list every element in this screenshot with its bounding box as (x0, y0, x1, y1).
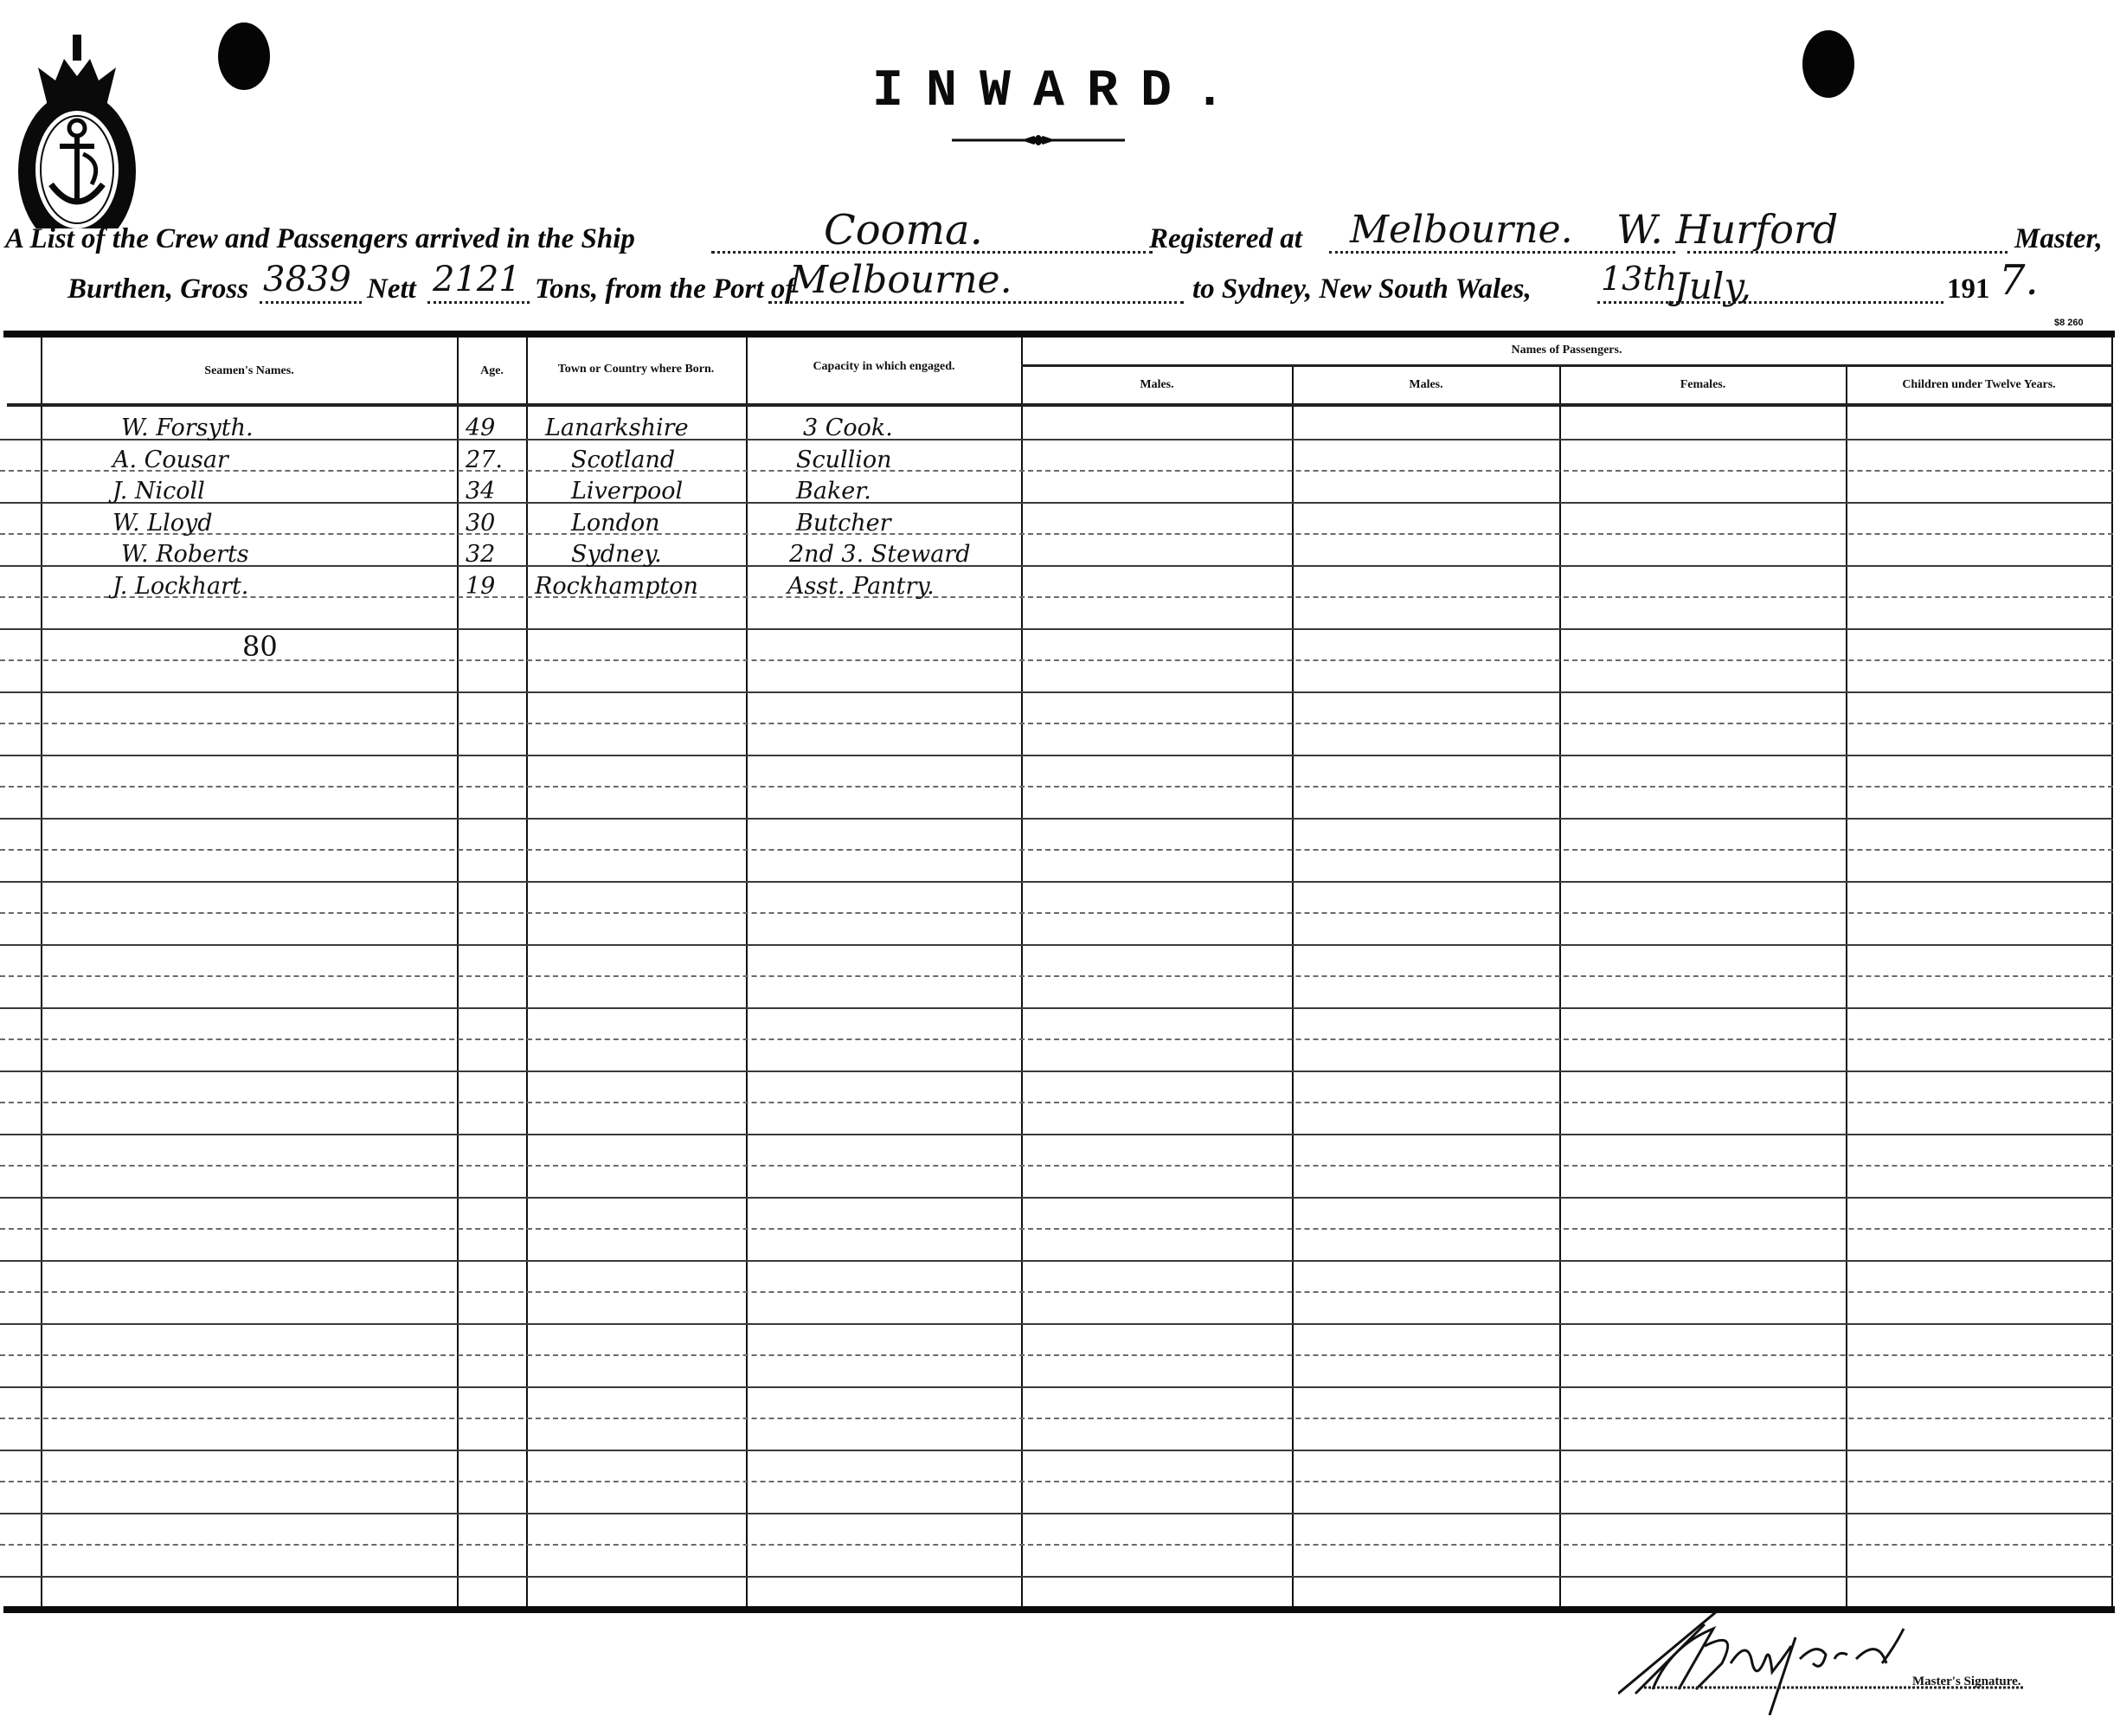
ruled-row-line (0, 1291, 2113, 1293)
seaman-capacity: Scullion (796, 446, 892, 475)
ruled-row-line (0, 912, 2113, 914)
registered-port-value: Melbourne. (1350, 208, 1573, 252)
ruled-row-line (0, 1007, 2113, 1009)
seaman-birthplace: Sydney. (571, 540, 662, 569)
ruled-row-line (0, 659, 2113, 661)
ruled-row-line (0, 786, 2113, 788)
ruled-row-line (0, 502, 2113, 504)
ruled-row-line (0, 1418, 2113, 1419)
seaman-birthplace: Rockhampton (535, 572, 698, 601)
nett-tons-value: 2121 (433, 260, 521, 299)
ruled-row-line (0, 1354, 2113, 1356)
ruled-row-line (0, 723, 2113, 724)
ruled-row-line (0, 755, 2113, 756)
seaman-capacity: Baker. (796, 477, 871, 506)
ruled-row-line (0, 439, 2113, 440)
ruled-row-line (0, 1260, 2113, 1262)
arrival-month-value: July, (1674, 265, 1751, 307)
seaman-capacity: 2nd 3. Steward (789, 540, 971, 569)
to-sydney-label: to Sydney, New South Wales, (1192, 273, 1532, 305)
seaman-capacity: Butcher (796, 509, 890, 538)
ruled-row-line (0, 565, 2113, 567)
seaman-name: J. Nicoll (112, 477, 205, 506)
form-title: INWARD. (0, 62, 2120, 121)
ruled-row-line (0, 1386, 2113, 1388)
tons-from-port-label: Tons, from the Port of (535, 273, 794, 305)
seaman-name: W. Lloyd (112, 509, 213, 538)
ruled-row-line (0, 1450, 2113, 1451)
ruled-row-line (0, 470, 2113, 472)
year-suffix-value: 7. (1999, 256, 2039, 305)
header-age: Age. (458, 339, 526, 403)
gross-tons-value: 3839 (263, 260, 351, 299)
ruled-row-line (0, 1134, 2113, 1135)
header-males-1: Males. (1022, 367, 1292, 403)
master-signature-scrawl (1618, 1611, 2025, 1715)
seaman-name: W. Roberts (121, 540, 249, 569)
seaman-birthplace: London (571, 509, 660, 538)
table-top-rule (3, 331, 2115, 338)
seaman-age: 32 (466, 540, 495, 569)
ruled-row-line (0, 1165, 2113, 1167)
ruled-row-line (0, 533, 2113, 535)
col-divider-females (1559, 366, 1561, 1610)
ruled-row-line (0, 1323, 2113, 1325)
ruled-row-line (0, 691, 2113, 693)
seaman-name: A. Cousar (112, 446, 228, 475)
header-bottom-rule (7, 403, 2113, 407)
header-capacity: Capacity in which engaged. (747, 339, 1021, 395)
ruled-row-line (0, 944, 2113, 946)
ruled-row-line (0, 1576, 2113, 1578)
ruled-row-line (0, 1071, 2113, 1072)
ruled-row-line (0, 1228, 2113, 1230)
ruled-row-line (0, 1513, 2113, 1514)
header-passengers-group: Names of Passengers. (1022, 338, 2111, 363)
master-label: Master, (2014, 223, 2103, 255)
seaman-birthplace: Lanarkshire (545, 414, 689, 443)
crew-total-note: 80 (242, 632, 278, 661)
ruled-row-line (0, 975, 2113, 977)
arrival-day-value: 13th (1601, 260, 1677, 298)
nett-label: Nett (367, 273, 416, 305)
ruled-row-line (0, 1102, 2113, 1103)
seaman-capacity: 3 Cook. (803, 414, 893, 443)
header-seamens-names: Seamen's Names. (42, 339, 457, 403)
ship-name-value: Cooma. (824, 206, 983, 254)
header-birthplace: Town or Country where Born. (545, 339, 727, 400)
col-divider-children (1846, 366, 1847, 1610)
ruled-row-line (0, 596, 2113, 598)
header-prefix-text: A List of the Crew and Passengers arrive… (5, 223, 635, 255)
year-prefix-label: 191 (1947, 273, 1990, 305)
seaman-age: 34 (466, 477, 495, 506)
header-children: Children under Twelve Years. (1847, 367, 2111, 403)
header-males-2: Males. (1293, 367, 1559, 403)
nett-tons-field-line (427, 301, 530, 304)
ruled-row-line (0, 1544, 2113, 1546)
gross-tons-field-line (260, 301, 362, 304)
title-flourish-divider (952, 132, 1125, 149)
ruled-row-line (0, 1038, 2113, 1040)
master-name-value: W. Hurford (1616, 206, 1838, 253)
from-port-value: Melbourne. (789, 258, 1012, 302)
col-divider-males2 (1292, 366, 1294, 1610)
seaman-age: 19 (466, 572, 495, 601)
ruled-row-line (0, 1197, 2113, 1199)
date-field-line (1597, 301, 1943, 304)
seaman-age: 49 (466, 414, 495, 443)
form-number: $8 260 (2054, 318, 2084, 328)
ruled-row-line (0, 849, 2113, 851)
burthen-gross-label: Burthen, Gross (67, 273, 248, 305)
header-females: Females. (1560, 367, 1846, 403)
seaman-capacity: Asst. Pantry. (787, 572, 935, 601)
seaman-birthplace: Liverpool (571, 477, 683, 506)
seaman-name: W. Forsyth. (121, 414, 254, 443)
seaman-birthplace: Scotland (571, 446, 675, 475)
registered-at-label: Registered at (1149, 223, 1302, 255)
ruled-row-line (0, 881, 2113, 883)
seaman-age: 27. (466, 446, 503, 475)
seaman-age: 30 (466, 509, 495, 538)
ruled-row-line (0, 1481, 2113, 1482)
seaman-name: J. Lockhart. (112, 572, 248, 601)
ruled-row-line (0, 818, 2113, 820)
master-signature-label: Master's Signature. (1912, 1675, 2021, 1689)
ruled-row-line (0, 628, 2113, 630)
